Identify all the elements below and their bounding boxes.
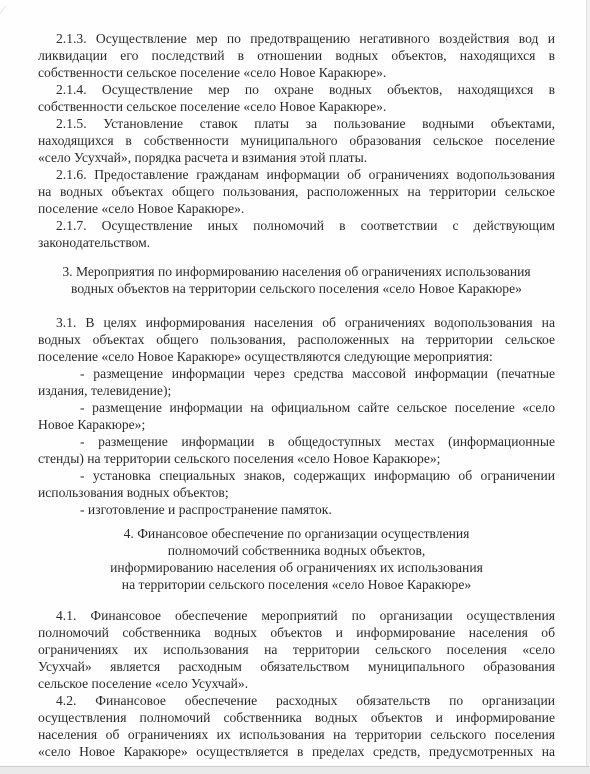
text-line: находящихся в собственности муниципально…	[38, 132, 555, 149]
text-line: собственности сельское поселение «село Н…	[38, 98, 555, 115]
section-heading-line: на территории сельского поселения «село …	[38, 576, 555, 593]
text-line: 3.1. В целях информирования населения об…	[56, 314, 555, 331]
text-line: населения об ограничениях их использован…	[38, 726, 555, 743]
text-line: полномочий собственника водных объектов …	[38, 624, 555, 641]
text-line: 2.1.4. Осуществление мер по охране водны…	[56, 81, 555, 98]
text-line: стенды) на территории сельского поселени…	[38, 450, 555, 467]
text-line: 4.1. Финансовое обеспечение мероприятий …	[56, 607, 555, 624]
section-heading-line: 4. Финансовое обеспечение по организации…	[38, 525, 555, 542]
text-line: поселение «село Новое Каракюре» осуществ…	[38, 348, 555, 365]
text-line: сельское поселение «село Усухчай».	[38, 675, 555, 692]
text-line: водных объектах общего пользования, расп…	[38, 331, 555, 348]
text-line: собственности сельское поселение «село Н…	[38, 64, 555, 81]
page-right-edge	[586, 0, 590, 766]
text-line: законодательством.	[38, 234, 555, 251]
text-line: - размещение информации через средства м…	[80, 365, 555, 382]
text-line: использования водных объектов;	[38, 484, 555, 501]
page-bottom-edge	[0, 766, 590, 774]
text-line: 2.1.6. Предоставление гражданам информац…	[56, 166, 555, 183]
section-heading-line: водных объектов на территории сельского …	[38, 280, 555, 297]
text-line: - размещение информации в общедоступных …	[80, 433, 555, 450]
section-heading-line: 3. Мероприятия по информированию населен…	[38, 263, 555, 280]
text-line: ограничениях их использования на террито…	[38, 641, 555, 658]
text-line: издания, телевидение);	[38, 382, 555, 399]
text-line: 4.2. Финансовое обеспечение расходных об…	[56, 692, 555, 709]
text-line: поселение «село Новое Каракюре».	[38, 200, 555, 217]
text-line: Усухчай» является расходным обязательств…	[38, 658, 555, 675]
text-line: - изготовление и распространение памяток…	[80, 501, 555, 518]
text-line: Новое Каракюре»;	[38, 416, 555, 433]
document-page: 2.1.3. Осуществление мер по предотвращен…	[0, 0, 586, 766]
text-line: осуществления полномочий собственника во…	[38, 709, 555, 726]
text-line: ликвидации его последствий в отношении в…	[38, 47, 555, 64]
text-line: - установка специальных знаков, содержащ…	[80, 467, 555, 484]
text-line: 2.1.3. Осуществление мер по предотвращен…	[56, 30, 555, 47]
text-line: «село Новое Каракюре» осуществляется в п…	[38, 743, 555, 760]
scan-artifact	[0, 5, 11, 22]
text-line: на водных объектах общего пользования, р…	[38, 183, 555, 200]
text-line: «село Усухчай», порядка расчета и взиман…	[38, 149, 555, 166]
section-heading-line: информированию населения об ограничениях…	[38, 559, 555, 576]
text-line: - размещение информации на официальном с…	[80, 399, 555, 416]
text-line: 2.1.7. Осуществление иных полномочий в с…	[56, 217, 555, 234]
section-heading-line: полномочий собственника водных объектов,	[38, 542, 555, 559]
text-line: 2.1.5. Установление ставок платы за поль…	[56, 115, 555, 132]
